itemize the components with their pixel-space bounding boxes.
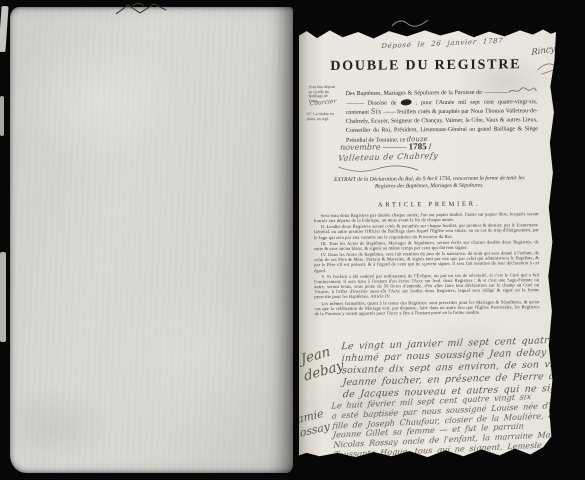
text-line: II. Lesdits deux Registres seront cotés … — [314, 222, 539, 239]
illegible-scrawl-icon — [508, 90, 538, 96]
page-edge-fragment — [0, 6, 9, 52]
declaration-articles: Sera tenu deux Registres par double chaq… — [314, 211, 540, 317]
entry-margin-name: LamieRossay — [289, 406, 331, 443]
month-hand: novembre — [340, 143, 381, 152]
folio-count-hand: Six — [371, 108, 382, 116]
text-line: Sera tenu deux Registres par double chaq… — [314, 211, 539, 223]
binding-thread-icon — [390, 16, 430, 30]
paper-texture — [10, 7, 293, 473]
page-edge-fragment — [0, 252, 6, 342]
signature-flourish-icon — [336, 162, 420, 173]
lieutenant-general-signature: Valleteau de Chabrefy — [338, 151, 439, 163]
register-title-page: Déposé le 26 janvier 1787 Rincy DOUBLE D… — [299, 26, 556, 458]
extrait-heading: EXTRAIT de la Déclaration du Roi, du 9 A… — [330, 175, 528, 191]
entry-margin-name: Jeandebay — [300, 340, 345, 385]
date-line: novembre ——— 1785 / — [340, 141, 431, 152]
page-content: Déposé le 26 janvier 1787 Rincy DOUBLE D… — [299, 24, 560, 458]
left-blank-page — [10, 7, 293, 473]
text-line: Les mêmes formalités, quant à la tenue d… — [314, 299, 539, 316]
article-premier-heading: ARTICLE PREMIER. — [301, 200, 558, 209]
parish-name-margin-hand: Courcier — [310, 98, 337, 108]
ink-blot — [400, 99, 412, 106]
register-scan: Déposé le 26 janvier 1787 Rincy DOUBLE D… — [0, 0, 585, 480]
page-title: DOUBLE DU REGISTRE — [299, 57, 556, 75]
binding-thread-icon — [112, 0, 174, 18]
text-line: V. Si l'enfant a été ondoyé par ordonnan… — [314, 272, 539, 300]
year-hand: 1785 / — [409, 141, 432, 151]
intro-text: Des Baptêmes, Mariages & Sépultures de l… — [346, 90, 484, 97]
page-edge-fragment — [0, 96, 4, 136]
register-intro-paragraph: Des Baptêmes, Mariages & Sépultures de l… — [346, 86, 538, 145]
rule-dash: ——— — [383, 142, 407, 151]
text-line: III. Tous les Actes de Baptêmes, Mariage… — [314, 239, 539, 251]
blank-rule: ———— — [484, 90, 508, 96]
intro-text: ——— Diocèse de — [346, 100, 401, 106]
deposit-annotation: Déposé le 26 janvier 1787 — [381, 36, 531, 51]
baptism-entry-handwriting: Le huit février mil sept cent quatre vin… — [331, 390, 572, 460]
margin-note-timbre: N°. Le timbre en donn. en régl. — [307, 112, 337, 122]
text-line: Rossay — [291, 420, 331, 443]
text-line: IV. Dans les Actes de Baptêmes, sera fai… — [314, 250, 539, 273]
